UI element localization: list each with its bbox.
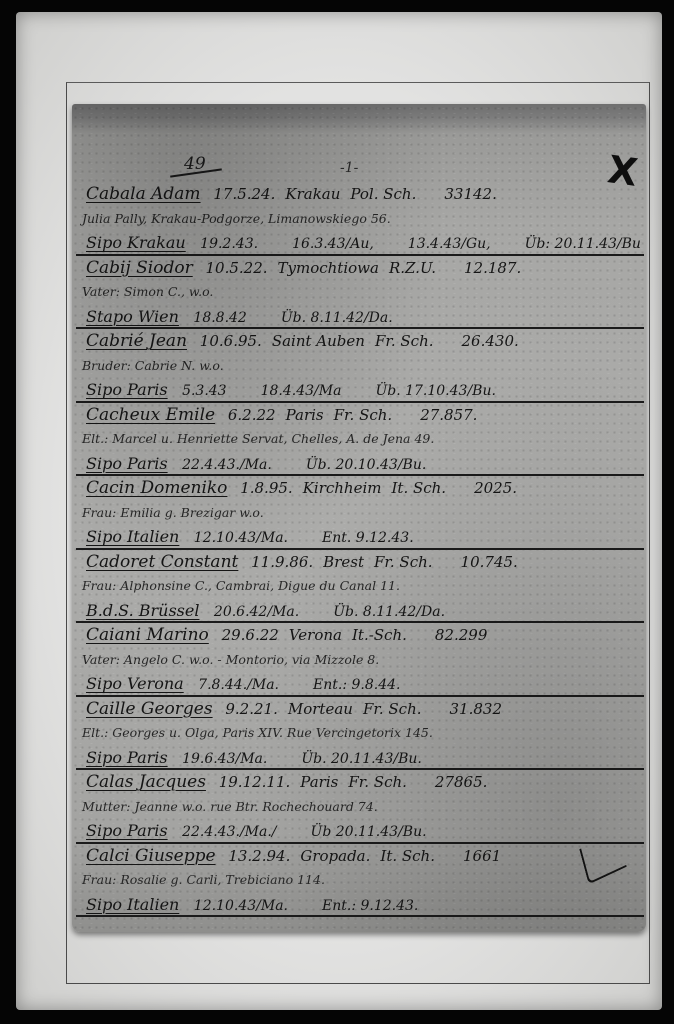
date-segment: Üb. 8.11.42/Da.: [333, 600, 445, 624]
card-entry: Cacheux Emile 6.2.22ParisFr. Sch.27.857.…: [72, 403, 646, 477]
date-segment: 22.4.43./Ma./: [182, 820, 276, 844]
date-segment: Üb. 20.11.43/Bu.: [301, 747, 421, 771]
birth-details: 13.2.94.Gropada.It. Sch.1661: [228, 847, 511, 865]
transfer-dates: 22.4.43./Ma.Üb. 20.10.43/Bu.: [182, 457, 436, 473]
transfer-dates: 18.8.42Üb. 8.11.42/Da.: [193, 310, 402, 326]
person-name: Cabij Siodor: [86, 256, 193, 280]
issuing-office: Stapo Wien: [86, 305, 179, 329]
entry-identity-line: Cabala Adam 17.5.24.KrakauPol. Sch.33142…: [72, 182, 646, 207]
issuing-office: Sipo Verona: [86, 672, 184, 696]
detail-segment: Saint Auben: [272, 329, 365, 353]
issuing-office: Sipo Italien: [86, 525, 179, 549]
birth-details: 10.5.22.TymochtiowaR.Z.U.12.187.: [205, 259, 531, 277]
relatives-line: Elt.: Marcel u. Henriette Servat, Chelle…: [72, 427, 646, 452]
detail-segment: Pol. Sch.: [350, 182, 416, 206]
detail-segment: Paris: [286, 403, 324, 427]
card-entry: Cadoret Constant 11.9.86.BrestFr. Sch.10…: [72, 550, 646, 624]
office-line: Sipo Paris 19.6.43/Ma.Üb. 20.11.43/Bu.: [72, 746, 646, 771]
birth-details: 10.6.95.Saint AubenFr. Sch.26.430.: [200, 332, 529, 350]
detail-segment: Fr. Sch.: [363, 697, 422, 721]
date-segment: 13.4.43/Gu,: [408, 232, 491, 256]
entry-identity-line: Cabij Siodor 10.5.22.TymochtiowaR.Z.U.12…: [72, 256, 646, 281]
detail-segment: 26.430.: [462, 329, 519, 353]
office-line: Stapo Wien 18.8.42Üb. 8.11.42/Da.: [72, 305, 646, 330]
birth-details: 29.6.22VeronaIt.-Sch.82.299: [222, 626, 498, 644]
entry-identity-line: Cacheux Emile 6.2.22ParisFr. Sch.27.857.: [72, 403, 646, 428]
detail-segment: 1.8.95.: [240, 476, 292, 500]
entry-identity-line: Cabrié Jean 10.6.95.Saint AubenFr. Sch.2…: [72, 329, 646, 354]
detail-segment: Morteau: [288, 697, 353, 721]
detail-segment: 82.299: [435, 623, 488, 647]
detail-segment: 12.187.: [464, 256, 521, 280]
entry-identity-line: Calas Jacques 19.12.11.ParisFr. Sch.2786…: [72, 770, 646, 795]
detail-segment: Gropada.: [300, 844, 370, 868]
birth-details: 1.8.95.KirchheimIt. Sch.2025.: [240, 479, 527, 497]
person-name: Cadoret Constant: [86, 550, 238, 574]
office-line: Sipo Italien 12.10.43/Ma.Ent.: 9.12.43.: [72, 893, 646, 918]
card-number: 49: [184, 154, 206, 174]
person-name: Cabala Adam: [86, 182, 201, 206]
relatives-line: Vater: Simon C., w.o.: [72, 280, 646, 305]
entry-identity-line: Caiani Marino 29.6.22VeronaIt.-Sch.82.29…: [72, 623, 646, 648]
detail-segment: 1661: [463, 844, 501, 868]
detail-segment: 31.832: [450, 697, 503, 721]
person-name: Caiani Marino: [86, 623, 209, 647]
issuing-office: Sipo Krakau: [86, 231, 186, 255]
birth-details: 19.12.11.ParisFr. Sch.27865.: [219, 773, 498, 791]
detail-segment: Fr. Sch.: [348, 770, 407, 794]
detail-segment: 2025.: [474, 476, 517, 500]
entry-identity-line: Cacin Domeniko 1.8.95.KirchheimIt. Sch.2…: [72, 476, 646, 501]
relatives-line: Frau: Emilia g. Brezigar w.o.: [72, 501, 646, 526]
relatives-line: Elt.: Georges u. Olga, Paris XIV. Rue Ve…: [72, 721, 646, 746]
card-entry: Caille Georges 9.2.21.MorteauFr. Sch.31.…: [72, 697, 646, 771]
card-entry: Cabrié Jean 10.6.95.Saint AubenFr. Sch.2…: [72, 329, 646, 403]
relatives-line: Mutter: Jeanne w.o. rue Btr. Rochechouar…: [72, 795, 646, 820]
date-segment: Ent.: 9.8.44.: [313, 673, 400, 697]
detail-segment: 19.12.11.: [219, 770, 291, 794]
date-segment: 7.8.44./Ma.: [198, 673, 279, 697]
person-name: Cacin Domeniko: [86, 476, 227, 500]
date-segment: 18.4.43/Ma: [261, 379, 342, 403]
card-entry: Cabala Adam 17.5.24.KrakauPol. Sch.33142…: [72, 182, 646, 256]
detail-segment: 10.745.: [461, 550, 518, 574]
detail-segment: 10.6.95.: [200, 329, 262, 353]
detail-segment: 33142.: [444, 182, 497, 206]
relatives-line: Frau: Alphonsine C., Cambrai, Digue du C…: [72, 574, 646, 599]
card-entry: Cabij Siodor 10.5.22.TymochtiowaR.Z.U.12…: [72, 256, 646, 330]
office-line: Sipo Italien 12.10.43/Ma.Ent. 9.12.43.: [72, 525, 646, 550]
issuing-office: Sipo Paris: [86, 746, 168, 770]
detail-segment: It.-Sch.: [352, 623, 407, 647]
detail-segment: 11.9.86.: [251, 550, 313, 574]
date-segment: Üb. 8.11.42/Da.: [281, 306, 393, 330]
detail-segment: It. Sch.: [391, 476, 446, 500]
date-segment: Ent.: 9.12.43.: [322, 894, 418, 918]
entry-identity-line: Caille Georges 9.2.21.MorteauFr. Sch.31.…: [72, 697, 646, 722]
person-name: Calas Jacques: [86, 770, 206, 794]
entry-identity-line: Calci Giuseppe 13.2.94.Gropada.It. Sch.1…: [72, 844, 646, 869]
issuing-office: Sipo Italien: [86, 893, 179, 917]
transfer-dates: 12.10.43/Ma.Ent.: 9.12.43.: [194, 898, 429, 914]
detail-segment: R.Z.U.: [389, 256, 436, 280]
office-line: Sipo Verona 7.8.44./Ma.Ent.: 9.8.44.: [72, 672, 646, 697]
transfer-dates: 5.3.4318.4.43/MaÜb. 17.10.43/Bu.: [182, 383, 506, 399]
birth-details: 11.9.86.BrestFr. Sch.10.745.: [251, 553, 528, 571]
date-segment: Üb. 20.10.43/Bu.: [306, 453, 426, 477]
relatives-line: Bruder: Cabrie N. w.o.: [72, 354, 646, 379]
detail-segment: Verona: [289, 623, 342, 647]
detail-segment: Brest: [323, 550, 364, 574]
entry-list: Cabala Adam 17.5.24.KrakauPol. Sch.33142…: [72, 182, 646, 917]
date-segment: Üb: 20.11.43/Bu: [525, 232, 641, 256]
office-line: Sipo Paris 5.3.4318.4.43/MaÜb. 17.10.43/…: [72, 378, 646, 403]
birth-details: 6.2.22ParisFr. Sch.27.857.: [228, 406, 488, 424]
detail-segment: Krakau: [285, 182, 340, 206]
date-segment: Ent. 9.12.43.: [322, 526, 414, 550]
detail-segment: Tymochtiowa: [278, 256, 379, 280]
card-entry: Caiani Marino 29.6.22VeronaIt.-Sch.82.29…: [72, 623, 646, 697]
date-segment: 19.6.43/Ma.: [182, 747, 267, 771]
date-segment: Üb. 17.10.43/Bu.: [375, 379, 495, 403]
relatives-line: Julia Pally, Krakau-Podgorze, Limanowski…: [72, 207, 646, 232]
issuing-office: Sipo Paris: [86, 819, 168, 843]
detail-segment: It. Sch.: [380, 844, 435, 868]
date-segment: 19.2.43.: [200, 232, 258, 256]
detail-segment: 9.2.21.: [225, 697, 277, 721]
birth-details: 17.5.24.KrakauPol. Sch.33142.: [213, 185, 507, 203]
detail-segment: 6.2.22: [228, 403, 276, 427]
detail-segment: Fr. Sch.: [334, 403, 393, 427]
detail-segment: 29.6.22: [222, 623, 279, 647]
office-line: Sipo Paris 22.4.43./Ma.Üb. 20.10.43/Bu.: [72, 452, 646, 477]
card-entry: Calci Giuseppe 13.2.94.Gropada.It. Sch.1…: [72, 844, 646, 918]
page-marker: -1-: [340, 160, 358, 176]
detail-segment: 27865.: [435, 770, 488, 794]
transfer-dates: 22.4.43./Ma./Üb 20.11.43/Bu.: [182, 824, 436, 840]
transfer-dates: 19.2.43.16.3.43/Au,13.4.43/Gu,Üb: 20.11.…: [200, 236, 646, 252]
date-segment: 5.3.43: [182, 379, 227, 403]
detail-segment: 17.5.24.: [213, 182, 275, 206]
detail-segment: Fr. Sch.: [375, 329, 434, 353]
date-segment: 12.10.43/Ma.: [194, 526, 288, 550]
person-name: Cacheux Emile: [86, 403, 215, 427]
issuing-office: Sipo Paris: [86, 452, 168, 476]
person-name: Cabrié Jean: [86, 329, 187, 353]
office-line: B.d.S. Brüssel 20.6.42/Ma.Üb. 8.11.42/Da…: [72, 599, 646, 624]
date-segment: 16.3.43/Au,: [292, 232, 374, 256]
birth-details: 9.2.21.MorteauFr. Sch.31.832: [225, 700, 512, 718]
transfer-dates: 7.8.44./Ma.Ent.: 9.8.44.: [198, 677, 410, 693]
relatives-line: Vater: Angelo C. w.o. - Montorio, via Mi…: [72, 648, 646, 673]
date-segment: 18.8.42: [193, 306, 246, 330]
date-segment: 20.6.42/Ma.: [214, 600, 299, 624]
date-segment: 12.10.43/Ma.: [194, 894, 288, 918]
card-entry: Calas Jacques 19.12.11.ParisFr. Sch.2786…: [72, 770, 646, 844]
person-name: Calci Giuseppe: [86, 844, 216, 868]
issuing-office: B.d.S. Brüssel: [86, 599, 199, 623]
index-card: 49 -1- X Cabala Adam 17.5.24.KrakauPol. …: [72, 104, 646, 932]
issuing-office: Sipo Paris: [86, 378, 168, 402]
detail-segment: Kirchheim: [303, 476, 382, 500]
relatives-line: Frau: Rosalie g. Carli, Trebiciano 114.: [72, 868, 646, 893]
office-line: Sipo Paris 22.4.43./Ma./Üb 20.11.43/Bu.: [72, 819, 646, 844]
detail-segment: 10.5.22.: [205, 256, 267, 280]
detail-segment: Fr. Sch.: [374, 550, 433, 574]
transfer-dates: 12.10.43/Ma.Ent. 9.12.43.: [194, 530, 424, 546]
detail-segment: 27.857.: [420, 403, 477, 427]
date-segment: Üb 20.11.43/Bu.: [311, 820, 427, 844]
card-header: 49 -1- X: [72, 154, 646, 184]
transfer-dates: 19.6.43/Ma.Üb. 20.11.43/Bu.: [182, 751, 432, 767]
detail-segment: Paris: [300, 770, 338, 794]
card-entry: Cacin Domeniko 1.8.95.KirchheimIt. Sch.2…: [72, 476, 646, 550]
office-line: Sipo Krakau 19.2.43.16.3.43/Au,13.4.43/G…: [72, 231, 646, 256]
photo-mount: 49 -1- X Cabala Adam 17.5.24.KrakauPol. …: [16, 12, 662, 1010]
transfer-dates: 20.6.42/Ma.Üb. 8.11.42/Da.: [214, 604, 455, 620]
date-segment: 22.4.43./Ma.: [182, 453, 272, 477]
person-name: Caille Georges: [86, 697, 213, 721]
entry-identity-line: Cadoret Constant 11.9.86.BrestFr. Sch.10…: [72, 550, 646, 575]
detail-segment: 13.2.94.: [228, 844, 290, 868]
